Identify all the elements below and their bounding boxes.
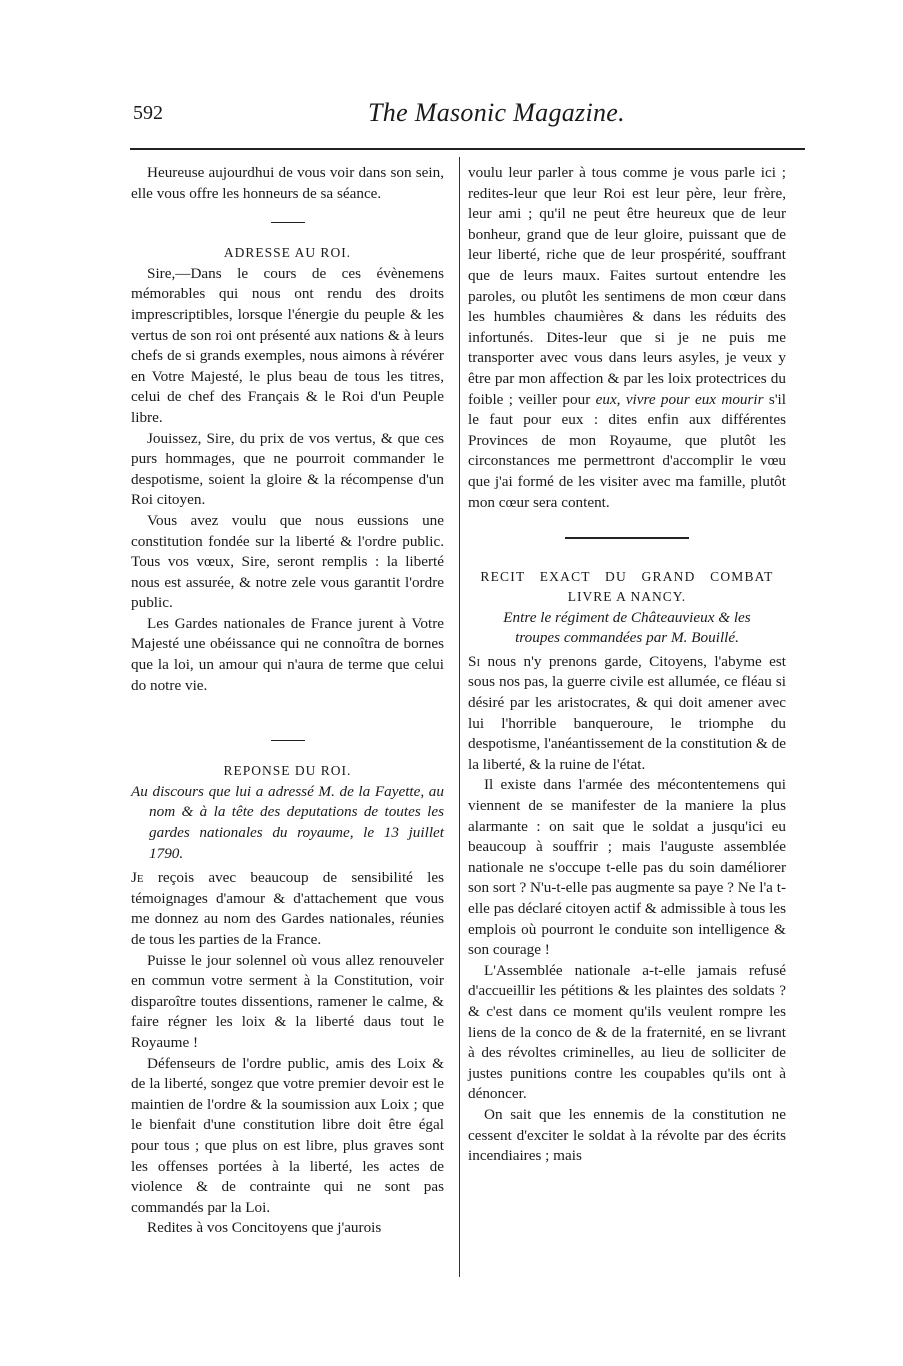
paragraph: On sait que les ennemis de la constituti… (468, 1105, 786, 1167)
section-subtitle-line1: Entre le régiment de Châteauvieux & les (468, 608, 786, 629)
right-column: voulu leur parler à tous comme je vous p… (468, 163, 786, 1167)
left-column: Heureuse aujourdhui de vous voir dans so… (131, 163, 444, 1239)
paragraph: Si nous n'y prenons garde, Citoyens, l'a… (468, 652, 786, 776)
section-divider (271, 222, 305, 223)
section-divider (565, 537, 689, 539)
opening-paragraph: Heureuse aujourdhui de vous voir dans so… (131, 163, 444, 204)
paragraph: Puisse le jour solennel où vous allez re… (131, 951, 444, 1054)
paragraph-text: s'il le faut pour eux : dites enfin aux … (468, 391, 786, 511)
running-title: The Masonic Magazine. (0, 98, 903, 128)
section-title-recit-line1: RECIT EXACT DU GRAND COMBAT (468, 567, 786, 587)
section-title-reponse: REPONSE DU ROI. (131, 761, 444, 782)
italic-text: eux, vivre pour eux mourir (596, 391, 764, 408)
paragraph-text: reçois avec beaucoup de sensibilité les … (131, 869, 444, 948)
paragraph: L'Assemblée nationale a-t-elle jamais re… (468, 961, 786, 1105)
lead-word: Si (468, 653, 480, 670)
paragraph: Sire,—Dans le cours de ces évènemens mém… (131, 264, 444, 429)
paragraph: Défenseurs de l'ordre public, amis des L… (131, 1054, 444, 1219)
paragraph: Je reçois avec beaucoup de sensibilité l… (131, 868, 444, 950)
section-title-adresse: ADRESSE AU ROI. (131, 243, 444, 264)
paragraph: Vous avez voulu que nous eussions une co… (131, 511, 444, 614)
continuation-paragraph: voulu leur parler à tous comme je vous p… (468, 163, 786, 513)
section-subtitle: Au discours que lui a adressé M. de la F… (131, 782, 444, 864)
column-divider (459, 157, 460, 1277)
paragraph-text: voulu leur parler à tous comme je vous p… (468, 164, 786, 408)
section-title-recit-line2: LIVRE A NANCY. (468, 587, 786, 608)
header-rule (130, 148, 805, 150)
paragraph-text: nous n'y prenons garde, Citoyens, l'abym… (468, 653, 786, 773)
section-divider (271, 740, 305, 741)
lead-word: Je (131, 869, 144, 886)
paragraph: Redites à vos Concitoyens que j'aurois (131, 1218, 444, 1239)
paragraph: Les Gardes nationales de France jurent à… (131, 614, 444, 696)
spacer (131, 696, 444, 722)
section-subtitle-line2: troupes commandées par M. Bouillé. (468, 628, 786, 649)
paragraph: Jouissez, Sire, du prix de vos vertus, &… (131, 429, 444, 511)
paragraph: Il existe dans l'armée des mécontentemen… (468, 775, 786, 960)
